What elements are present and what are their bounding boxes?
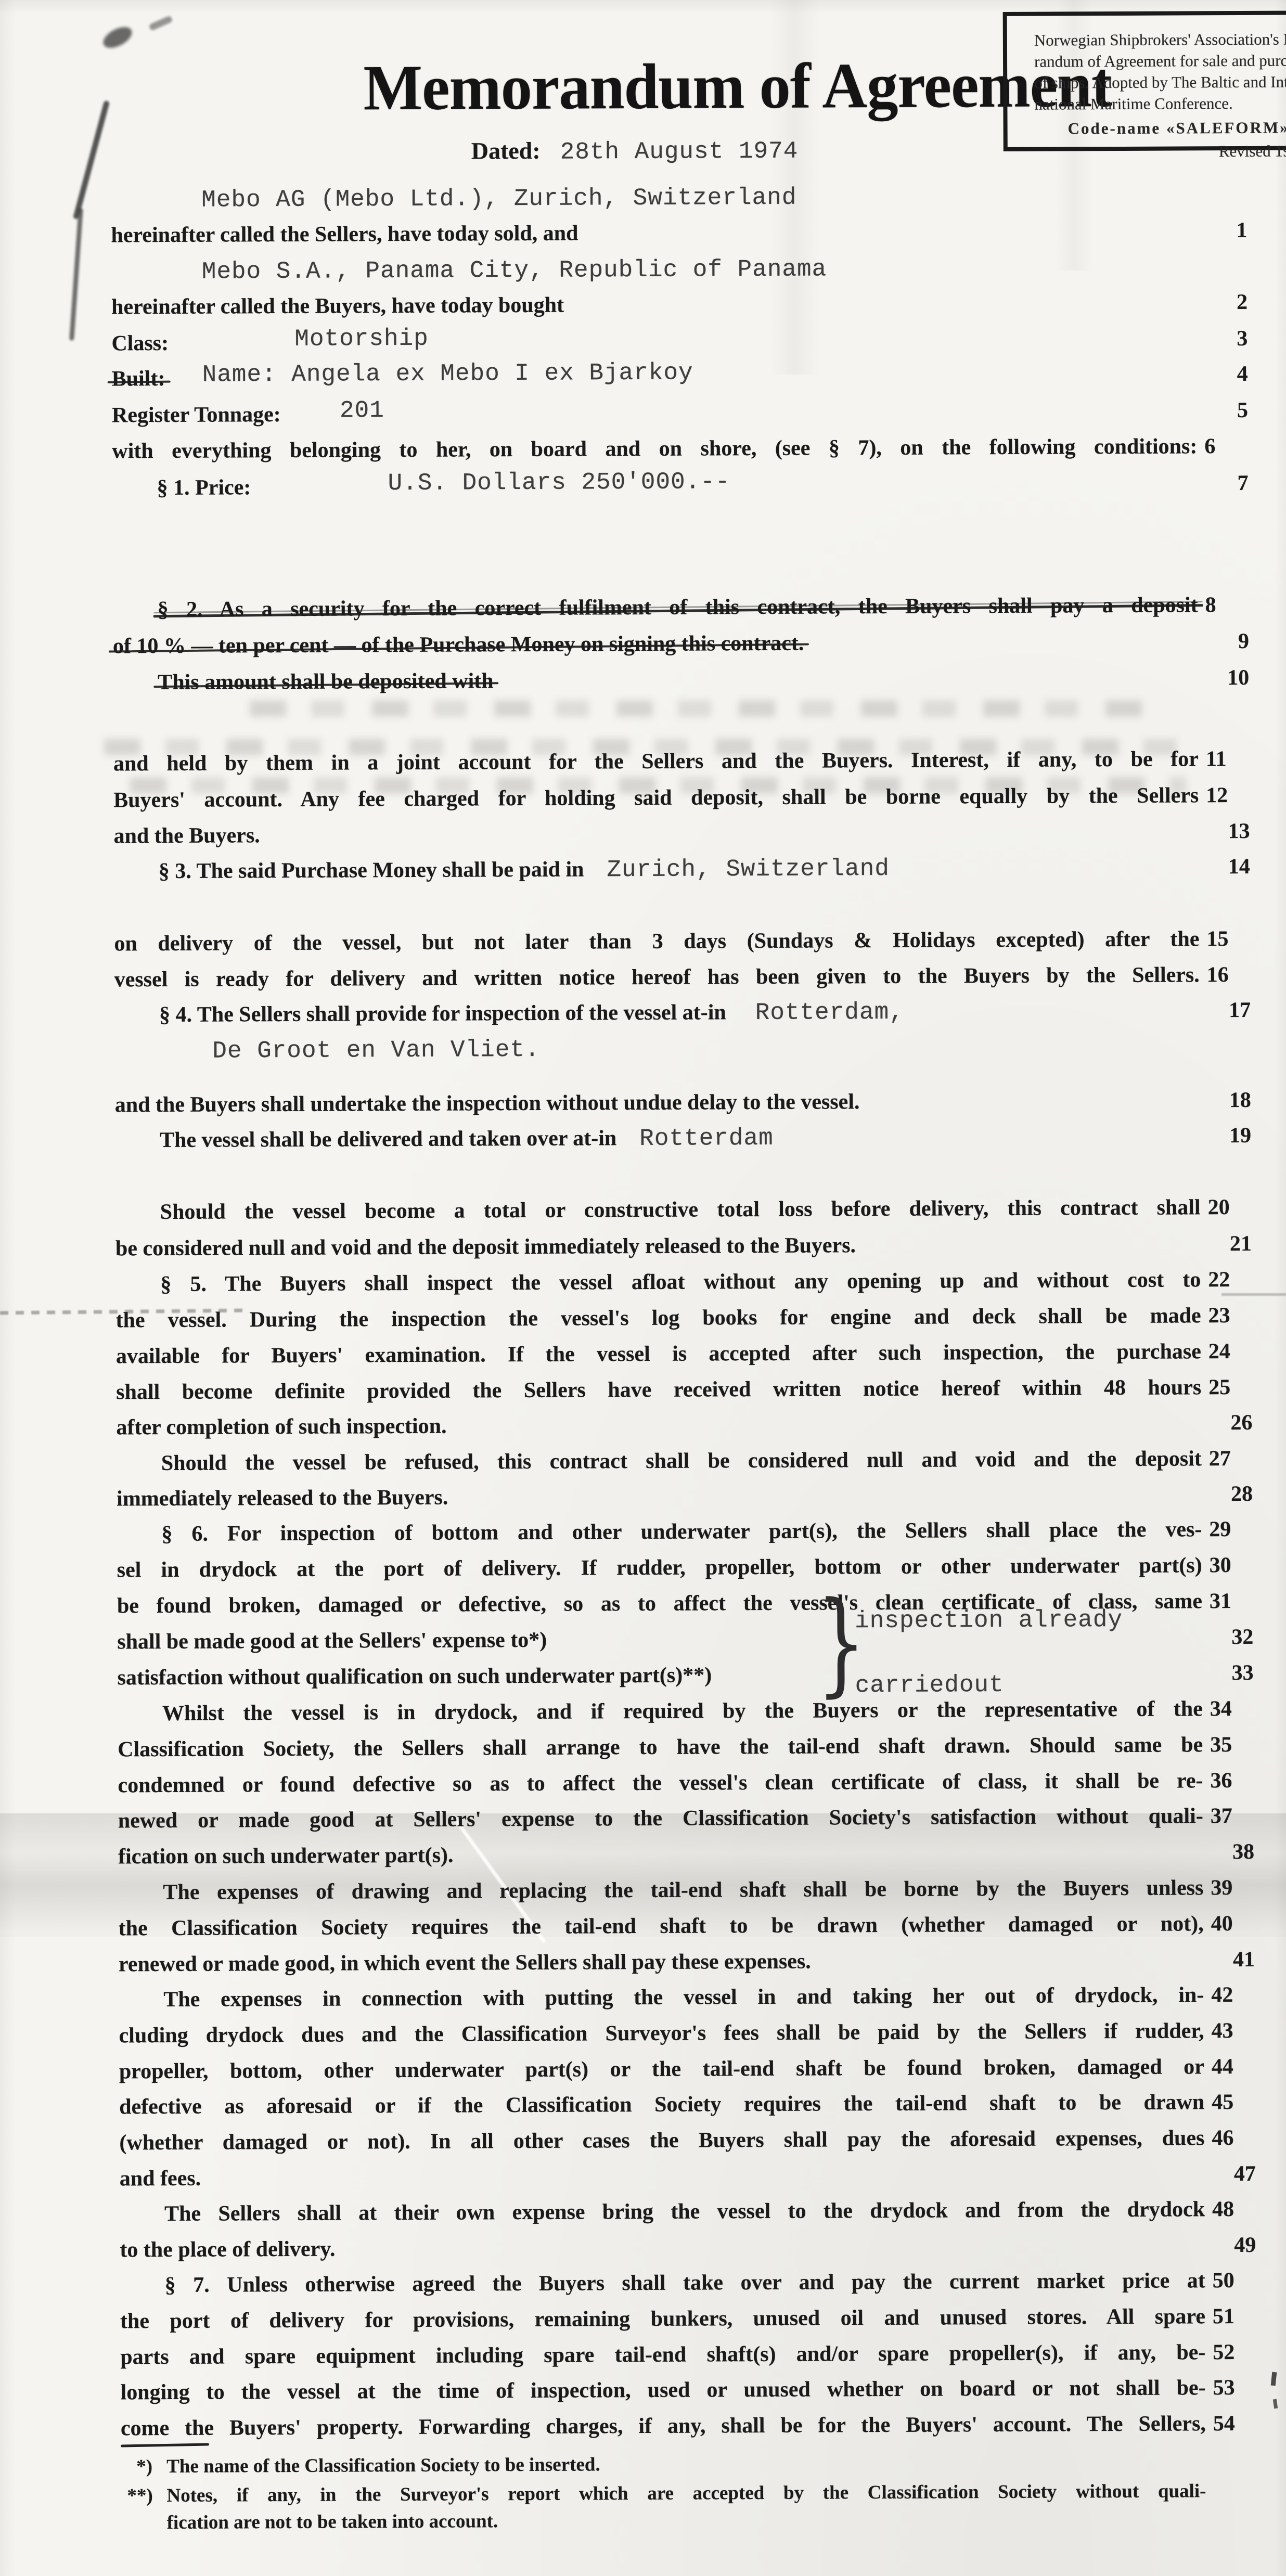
line-number: 8 — [1205, 590, 1249, 620]
printed-form-text: § 3. The said Purchase Money shall be pa… — [159, 857, 584, 883]
printed-form-text: to the place of delivery. — [120, 2237, 335, 2262]
printed-form-text: the vessel. During the inspection the ve… — [115, 1304, 1201, 1332]
contract-line-16: vessel is ready for delivery and written… — [114, 960, 1200, 994]
contract-line-47: and fees.47 — [120, 2164, 201, 2194]
printed-form-text: parts and spare equipment including spar… — [120, 2340, 1205, 2369]
printed-form-text: condemned or found defective so as to af… — [118, 1769, 1203, 1797]
printed-form-text: fication on such underwater part(s). — [118, 1844, 454, 1869]
footnote-marker: **) — [127, 2483, 153, 2508]
page-title: Memorandum of Agreement — [363, 48, 979, 125]
printed-form-text: § 5. The Buyers shall inspect the vessel… — [160, 1268, 1201, 1296]
line-number: 22 — [1208, 1265, 1252, 1294]
contract-line-29: § 6. For inspection of bottom and other … — [117, 1515, 1202, 1549]
typed-entry: Zurich, Switzerland — [607, 855, 890, 883]
typed-insert-line: De Groot en Van Vliet. — [212, 1035, 540, 1066]
line-number: 40 — [1211, 1909, 1255, 1938]
line-number: 31 — [1210, 1587, 1253, 1616]
contract-line-54: come the Buyers' property. Forwarding ch… — [121, 2409, 1206, 2443]
typed-entry: Rotterdam — [639, 1125, 774, 1152]
line-number: 4 — [1204, 359, 1248, 389]
contract-line-43: cluding drydock dues and the Classificat… — [119, 2016, 1204, 2050]
stamp-text-line: of ships. Adopted by The Baltic and Inte… — [1034, 71, 1286, 94]
printed-form-text: available for Buyers' examination. If th… — [116, 1339, 1201, 1368]
contract-line-40: the Classification Society requires the … — [119, 1909, 1204, 1943]
printed-form-text: The Sellers shall at their own expense b… — [164, 2197, 1205, 2226]
printed-form-text: on delivery of the vessel, but not later… — [114, 927, 1199, 956]
line-number: 52 — [1213, 2338, 1256, 2367]
line-number: 2 — [1204, 288, 1248, 317]
printed-form-text: the Classification Society requires the … — [119, 1912, 1204, 1940]
stamp-text-line: randum of Agreement for sale and purchas… — [1034, 49, 1286, 72]
line-number: 44 — [1212, 2052, 1255, 2081]
stamp-code-name: Code-name «SALEFORM». — [1035, 117, 1286, 139]
contract-line-49: to the place of delivery.49 — [120, 2235, 335, 2265]
line-number: 36 — [1210, 1766, 1254, 1795]
line-number: 23 — [1208, 1301, 1252, 1330]
contract-line-34: Whilst the vessel is in drydock, and if … — [118, 1694, 1203, 1728]
line-number: 35 — [1210, 1730, 1254, 1759]
contract-line-41: renewed or made good, in which event the… — [119, 1947, 811, 1979]
line-number: 9 — [1205, 627, 1249, 656]
typed-entry: Motorship — [294, 324, 429, 354]
contract-line-7: § 1. Price:U.S. Dollars 250'000.--7 — [112, 473, 251, 503]
typed-insert-line: Mebo S.A., Panama City, Republic of Pana… — [202, 254, 827, 286]
contract-line-45: defective as aforesaid or if the Classif… — [119, 2088, 1204, 2121]
printed-form-text: Built: — [112, 367, 165, 391]
printed-form-text: satisfaction without qualification on su… — [117, 1663, 712, 1690]
line-number: 47 — [1212, 2159, 1256, 2188]
printed-form-text: and fees. — [120, 2167, 201, 2191]
contract-line-46: (whether damaged or not). In all other c… — [119, 2123, 1204, 2157]
line-number: 33 — [1210, 1658, 1253, 1688]
line-number: 48 — [1212, 2195, 1256, 2224]
stamp-text-line: Norwegian Shipbrokers' Association's Mem… — [1034, 28, 1286, 51]
printed-form-text: with everything belonging to her, on boa… — [112, 434, 1197, 463]
stamp-revised: Revised 19 — [1035, 140, 1286, 163]
line-number: 32 — [1210, 1622, 1253, 1652]
line-number: 15 — [1206, 924, 1250, 954]
printed-form-text: The vessel shall be delivered and taken … — [160, 1126, 616, 1152]
dated-row: Dated:28th August 1974 — [471, 136, 799, 166]
contract-line-32: shall be made good at the Sellers' expen… — [117, 1626, 547, 1657]
line-number: 39 — [1211, 1873, 1254, 1902]
footnote-text: The name of the Classification Society t… — [166, 2454, 600, 2477]
contract-line-52: parts and spare equipment including spar… — [120, 2338, 1205, 2372]
printed-form-text: immediately released to the Buyers. — [117, 1486, 448, 1511]
typed-margin-note: inspection already — [855, 1606, 1123, 1634]
line-number: 28 — [1209, 1479, 1253, 1509]
contract-line-48: The Sellers shall at their own expense b… — [120, 2195, 1205, 2229]
printed-form-text: sel in drydock at the port of delivery. … — [117, 1553, 1202, 1582]
contract-line-2: hereinafter called the Buyers, have toda… — [111, 291, 564, 322]
contract-line-26: after completion of such inspection.26 — [116, 1412, 446, 1442]
typed-entry: Name: Angela ex Mebo I ex Bjarkoy — [202, 358, 693, 390]
line-number: 13 — [1206, 817, 1250, 846]
contract-line-11: and held by them in a joint account for … — [113, 744, 1199, 778]
contract-line-24: available for Buyers' examination. If th… — [116, 1337, 1201, 1371]
line-number: 30 — [1210, 1551, 1253, 1580]
printed-form-text: The expenses in connection with putting … — [163, 1983, 1204, 2012]
contract-line-51: the port of delivery for provisions, rem… — [120, 2302, 1205, 2336]
printed-form-text: § 6. For inspection of bottom and other … — [161, 1517, 1202, 1546]
contract-line-20: Should the vessel become a total or cons… — [115, 1193, 1201, 1227]
printed-form-text: renewed or made good, in which event the… — [119, 1950, 811, 1977]
line-number: 11 — [1206, 744, 1250, 774]
printed-form-text: Class: — [111, 331, 169, 355]
line-number: 27 — [1209, 1444, 1253, 1473]
contract-line-6: with everything belonging to her, on boa… — [112, 432, 1197, 466]
printed-form-text: come the Buyers' property. Forwarding ch… — [121, 2412, 1206, 2440]
printed-form-text: defective as aforesaid or if the Classif… — [119, 2090, 1204, 2119]
contract-line-13: and the Buyers.13 — [113, 821, 260, 851]
line-number: 24 — [1208, 1337, 1252, 1366]
contract-line-10: This amount shall be deposited with10 — [113, 666, 494, 697]
line-number: 45 — [1212, 2088, 1255, 2117]
typed-insert-line: Mebo AG (Mebo Ltd.), Zurich, Switzerland — [201, 183, 796, 215]
line-number: 42 — [1211, 1980, 1255, 2010]
printed-form-text: be considered null and void and the depo… — [115, 1233, 856, 1260]
line-number: 29 — [1209, 1515, 1253, 1544]
line-number: 37 — [1211, 1801, 1254, 1831]
typed-entry: 201 — [340, 396, 384, 425]
line-number: 10 — [1205, 663, 1249, 692]
printed-form-text: propeller, bottom, other underwater part… — [119, 2055, 1204, 2083]
printed-form-text: Buyers' account. Any fee charged for hol… — [113, 783, 1199, 812]
printed-form-text: vessel is ready for delivery and written… — [114, 963, 1200, 991]
contract-line-19: The vessel shall be delivered and taken … — [115, 1123, 774, 1156]
printed-form-text: of 10 % — ten per cent — of the Purchase… — [113, 632, 804, 659]
line-number: 7 — [1204, 469, 1248, 498]
line-number: 38 — [1211, 1837, 1254, 1866]
printed-form-text: hereinafter called the Sellers, have tod… — [111, 222, 578, 248]
printed-form-text: § 1. Price: — [157, 475, 251, 500]
contract-line-50: § 7. Unless otherwise agreed the Buyers … — [120, 2266, 1205, 2300]
contract-line-15: on delivery of the vessel, but not later… — [114, 924, 1199, 958]
contract-line-39: The expenses of drawing and replacing th… — [118, 1873, 1203, 1907]
printed-form-text: and the Buyers shall undertake the inspe… — [115, 1090, 860, 1117]
contract-line-30: sel in drydock at the port of delivery. … — [117, 1551, 1202, 1585]
printed-form-text: This amount shall be deposited with — [158, 669, 494, 694]
line-number: 16 — [1207, 960, 1251, 989]
dated-label: Dated: — [471, 137, 541, 164]
dated-value: 28th August 1974 — [560, 138, 799, 166]
line-number: 25 — [1208, 1373, 1252, 1402]
footnote-text: fication are not to be taken into accoun… — [167, 2510, 498, 2533]
contract-line-38: fication on such underwater part(s).38 — [118, 1841, 454, 1872]
printed-form-text: Classification Society, the Sellers shal… — [118, 1733, 1203, 1761]
stamp-text-line: national Maritime Conference. — [1034, 92, 1286, 115]
printed-form-text: hereinafter called the Buyers, have toda… — [111, 293, 564, 319]
line-number: 3 — [1204, 324, 1248, 353]
printed-form-text: shall become definite provided the Selle… — [116, 1375, 1201, 1404]
contract-line-8: § 2. As a security for the correct fulfi… — [113, 590, 1198, 624]
line-number: 43 — [1211, 2016, 1255, 2045]
contract-line-9: of 10 % — ten per cent — of the Purchase… — [113, 629, 804, 661]
printed-form-text: newed or made good at Sellers' expense t… — [118, 1804, 1203, 1833]
contract-line-36: condemned or found defective so as to af… — [118, 1766, 1203, 1800]
printed-form-text: (whether damaged or not). In all other c… — [119, 2126, 1204, 2155]
contract-line-22: § 5. The Buyers shall inspect the vessel… — [115, 1265, 1201, 1299]
contract-line-42: The expenses in connection with putting … — [119, 1980, 1204, 2014]
line-number: 1 — [1203, 216, 1247, 245]
printed-form-text: Register Tonnage: — [112, 403, 281, 427]
footnote-marker: *) — [136, 2454, 152, 2479]
contract-line-1: hereinafter called the Sellers, have tod… — [111, 219, 578, 250]
contract-line-25: shall become definite provided the Selle… — [116, 1373, 1201, 1407]
scanned-contract-page: Memorandum of Agreement Dated:28th Augus… — [0, 0, 1286, 2576]
contract-line-35: Classification Society, the Sellers shal… — [118, 1730, 1203, 1764]
printed-form-text: § 2. As a security for the correct fulfi… — [158, 593, 1198, 622]
line-number: 17 — [1207, 996, 1251, 1025]
line-number: 19 — [1207, 1121, 1251, 1150]
typed-entry: Mebo AG (Mebo Ltd.), Zurich, Switzerland — [201, 184, 796, 214]
line-number: 5 — [1204, 396, 1248, 425]
contract-line-33: satisfaction without qualification on su… — [117, 1660, 712, 1692]
document-content: Memorandum of Agreement Dated:28th Augus… — [0, 0, 1286, 2576]
contract-line-21: be considered null and void and the depo… — [115, 1231, 856, 1263]
printed-form-text: after completion of such inspection. — [116, 1414, 446, 1440]
typed-entry: U.S. Dollars 250'000.-- — [343, 467, 730, 498]
printed-form-text: longing to the vessel at the time of ins… — [120, 2376, 1205, 2404]
footnote-2: **)Notes, if any, in the Surveyor's repo… — [166, 2479, 1206, 2508]
contract-line-14: § 3. The said Purchase Money shall be pa… — [114, 854, 890, 887]
line-number: 41 — [1211, 1945, 1255, 1974]
printed-form-text: the port of delivery for provisions, rem… — [120, 2304, 1205, 2333]
form-publisher-stamp-box: Norwegian Shipbrokers' Association's Mem… — [1003, 10, 1286, 151]
typed-entry: De Groot en Van Vliet. — [212, 1036, 540, 1065]
printed-form-text: § 7. Unless otherwise agreed the Buyers … — [165, 2269, 1205, 2297]
line-number: 50 — [1213, 2266, 1256, 2295]
footnote-1: *)The name of the Classification Society… — [166, 2452, 600, 2479]
printed-form-text: Should the vessel become a total or cons… — [160, 1195, 1201, 1224]
line-number: 18 — [1207, 1086, 1251, 1115]
footnote-text: Notes, if any, in the Surveyor's report … — [166, 2480, 1206, 2506]
contract-line-5: Register Tonnage:2015 — [112, 400, 281, 430]
contract-line-17: § 4. The Sellers shall provide for inspe… — [114, 997, 904, 1031]
contract-line-12: Buyers' account. Any fee charged for hol… — [113, 781, 1199, 815]
line-number: 21 — [1208, 1229, 1252, 1258]
typed-entry: Rotterdam, — [755, 999, 904, 1026]
printed-form-text: and the Buyers. — [113, 823, 260, 848]
line-number: 14 — [1206, 852, 1250, 881]
contract-line-27: Should the vessel be refused, this contr… — [117, 1444, 1202, 1478]
line-number: 49 — [1212, 2231, 1256, 2260]
printed-form-text: cluding drydock dues and the Classificat… — [119, 2019, 1204, 2047]
line-number: 26 — [1208, 1408, 1252, 1437]
line-number: 34 — [1210, 1694, 1254, 1723]
printed-form-text: Whilst the vessel is in drydock, and if … — [162, 1697, 1203, 1725]
contract-line-3: Class:Motorship3 — [111, 329, 169, 358]
typed-entry: Mebo S.A., Panama City, Republic of Pana… — [202, 255, 827, 285]
typed-margin-note: carriedout — [855, 1671, 1004, 1699]
line-number: 12 — [1206, 781, 1250, 810]
line-number: 53 — [1213, 2373, 1256, 2402]
contract-line-37: newed or made good at Sellers' expense t… — [118, 1801, 1203, 1835]
line-number: 6 — [1204, 432, 1248, 461]
contract-line-23: the vessel. During the inspection the ve… — [115, 1301, 1201, 1335]
contract-lines: Mebo AG (Mebo Ltd.), Zurich, Switzerland… — [0, 0, 1281, 3]
contract-line-18: and the Buyers shall undertake the inspe… — [115, 1087, 860, 1119]
footnote-divider — [121, 2443, 209, 2447]
printed-form-text: Should the vessel be refused, this contr… — [161, 1447, 1202, 1475]
line-number: 54 — [1213, 2409, 1257, 2438]
contract-line-53: longing to the vessel at the time of ins… — [120, 2373, 1205, 2407]
printed-form-text: shall be made good at the Sellers' expen… — [117, 1628, 547, 1654]
line-number: 51 — [1213, 2302, 1256, 2331]
printed-form-text: The expenses of drawing and replacing th… — [163, 1876, 1203, 1904]
footnote-2-continuation: fication are not to be taken into accoun… — [167, 2509, 498, 2535]
contract-line-28: immediately released to the Buyers.28 — [117, 1483, 448, 1514]
contract-line-4: Built:Name: Angela ex Mebo I ex Bjarkoy4 — [112, 364, 165, 393]
printed-form-text: and held by them in a joint account for … — [113, 747, 1199, 776]
printed-form-text: § 4. The Sellers shall provide for inspe… — [159, 1000, 726, 1027]
line-number: 46 — [1212, 2123, 1255, 2153]
line-number: 20 — [1208, 1193, 1252, 1222]
contract-line-44: propeller, bottom, other underwater part… — [119, 2052, 1204, 2086]
